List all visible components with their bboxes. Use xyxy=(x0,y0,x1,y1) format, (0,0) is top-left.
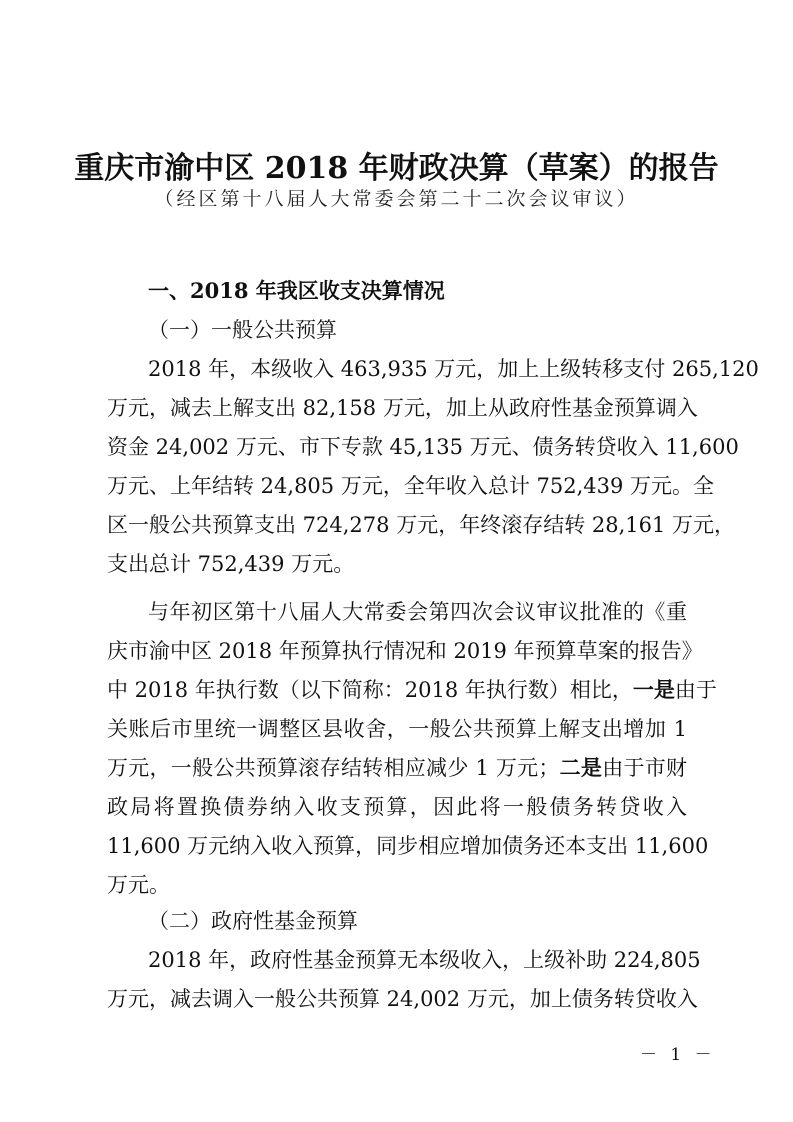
paragraph-line: 万元、上年结转 24,805 万元，全年收入总计 752,439 万元。全 xyxy=(107,471,687,501)
paragraph-line: 政局将置换债券纳入收支预算，因此将一般债务转贷收入 xyxy=(107,792,687,822)
section-heading-1: 一、2018 年我区收支决算情况 xyxy=(148,276,445,306)
paragraph-line: 万元，减去调入一般公共预算 24,002 万元，加上债务转贷收入 xyxy=(107,984,687,1014)
subsection-heading-1: （一）一般公共预算 xyxy=(148,315,337,345)
emphasis-text: 一是 xyxy=(633,677,675,702)
text-run: 由于市财 xyxy=(602,756,687,780)
page-number: － 1 － xyxy=(640,1040,716,1065)
subsection-heading-2: （二）政府性基金预算 xyxy=(148,906,358,936)
paragraph-line: 区一般公共预算支出 724,278 万元，年终滚存结转 28,161 万元， xyxy=(107,510,687,540)
paragraph-line: 2018 年，本级收入 463,935 万元，加上上级转移支付 265,120 xyxy=(148,354,687,384)
paragraph-line: 万元，一般公共预算滚存结转相应减少 1 万元；二是由于市财 xyxy=(107,753,687,783)
text-run: 由于 xyxy=(675,678,717,702)
paragraph-line: 万元。 xyxy=(107,870,687,900)
paragraph-line: 万元，减去上解支出 82,158 万元，加上从政府性基金预算调入 xyxy=(107,393,687,423)
emphasis-text: 二是 xyxy=(559,755,602,780)
paragraph-line: 11,600 万元纳入收入预算，同步相应增加债务还本支出 11,600 xyxy=(107,831,687,861)
paragraph-line: 中 2018 年执行数（以下简称：2018 年执行数）相比，一是由于 xyxy=(107,675,687,705)
text-run: 中 2018 年执行数（以下简称：2018 年执行数）相比， xyxy=(107,678,633,702)
text-run: 万元，一般公共预算滚存结转相应减少 1 万元； xyxy=(107,756,559,780)
paragraph-line: 庆市渝中区 2018 年预算执行情况和 2019 年预算草案的报告》 xyxy=(107,636,687,666)
paragraph-line: 与年初区第十八届人大常委会第四次会议审议批准的《重 xyxy=(148,597,687,627)
document-page: 重庆市渝中区 2018 年财政决算（草案）的报告 （经区第十八届人大常委会第二十… xyxy=(0,0,793,1122)
paragraph-line: 资金 24,002 万元、市下专款 45,135 万元、债务转贷收入 11,60… xyxy=(107,432,687,462)
document-title: 重庆市渝中区 2018 年财政决算（草案）的报告 xyxy=(0,143,793,187)
paragraph-line: 关账后市里统一调整区县收舍，一般公共预算上解支出增加 1 xyxy=(107,714,687,744)
document-subtitle: （经区第十八届人大常委会第二十二次会议审议） xyxy=(0,184,793,211)
paragraph-line: 支出总计 752,439 万元。 xyxy=(107,549,687,579)
paragraph-line: 2018 年，政府性基金预算无本级收入，上级补助 224,805 xyxy=(148,945,687,975)
